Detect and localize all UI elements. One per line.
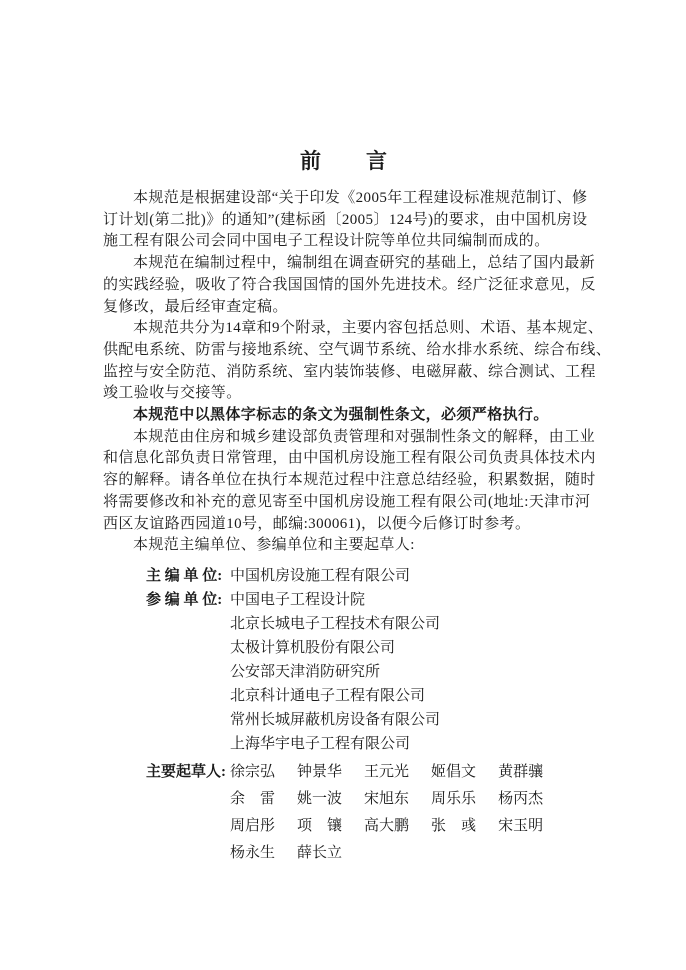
drafter-name: 姬倡文 xyxy=(431,759,476,786)
paragraph: 本规范在编制过程中，编制组在调查研究的基础上，总结了国内最新的实践经验，吸收了符… xyxy=(103,253,585,318)
drafters-label: 主要起草人: xyxy=(146,759,226,786)
preface-paragraphs: 本规范是根据建设部“关于印发《2005年工程建设标准规范制订、修订计划(第二批)… xyxy=(103,188,585,557)
drafter-name: 黄群骧 xyxy=(498,759,543,786)
document-page: 前 言 本规范是根据建设部“关于印发《2005年工程建设标准规范制订、修订计划(… xyxy=(0,0,686,970)
participant-unit-value: 常州长城屏蔽机房设备有限公司 xyxy=(103,708,585,732)
paragraph: 本规范共分为14章和9个附录，主要内容包括总则、术语、基本规定、供配电系统、防雷… xyxy=(103,318,585,405)
participant-unit-value: 公安部天津消防研究所 xyxy=(103,660,585,684)
drafter-name: 高大鹏 xyxy=(364,813,409,840)
paragraph-line: 竣工验收与交接等。 xyxy=(103,383,585,405)
drafter-name: 杨永生 xyxy=(230,840,275,867)
participant-units-block: 参 编 单 位:中国电子工程设计院北京长城电子工程技术有限公司太极计算机股份有限… xyxy=(103,588,585,756)
drafter-name: 姚一波 xyxy=(297,786,342,813)
paragraph-line: 西区友谊路西园道10号，邮编:300061)，以便今后修订时参考。 xyxy=(103,514,585,536)
paragraph-line: 本规范由住房和城乡建设部负责管理和对强制性条文的解释，由工业 xyxy=(103,427,585,449)
page-title: 前 言 xyxy=(103,145,585,175)
chief-editor-unit-label: 主 编 单 位: xyxy=(146,564,222,588)
drafter-name: 杨丙杰 xyxy=(498,786,543,813)
paragraph: 本规范由住房和城乡建设部负责管理和对强制性条文的解释，由工业和信息化部负责日常管… xyxy=(103,427,585,536)
paragraph-line: 本规范在编制过程中，编制组在调查研究的基础上，总结了国内最新 xyxy=(103,253,585,275)
drafter-name: 王元光 xyxy=(364,759,409,786)
drafter-name: 钟景华 xyxy=(297,759,342,786)
drafters-block: 主要起草人:徐宗弘钟景华王元光姬倡文黄群骧余 雷姚一波宋旭东周乐乐杨丙杰周启彤项… xyxy=(103,759,585,867)
paragraph-line: 供配电系统、防雷与接地系统、空气调节系统、给水排水系统、综合布线、 xyxy=(103,340,585,362)
participant-unit-value: 北京科计通电子工程有限公司 xyxy=(103,684,585,708)
paragraph: 本规范中以黑体字标志的条文为强制性条文，必须严格执行。 xyxy=(103,405,585,427)
drafter-name: 宋玉明 xyxy=(498,813,543,840)
drafter-name-row: 余 雷姚一波宋旭东周乐乐杨丙杰 xyxy=(103,786,585,813)
drafter-name: 张 彧 xyxy=(431,813,476,840)
drafter-name: 薛长立 xyxy=(297,840,342,867)
drafter-name: 周乐乐 xyxy=(431,786,476,813)
paragraph-line: 的实践经验，吸收了符合我国国情的国外先进技术。经广泛征求意见，反 xyxy=(103,275,585,297)
drafter-name: 徐宗弘 xyxy=(230,759,275,786)
drafter-name: 余 雷 xyxy=(230,786,275,813)
paragraph-line: 将需要修改和补充的意见寄至中国机房设施工程有限公司(地址:天津市河 xyxy=(103,492,585,514)
paragraph: 本规范主编单位、参编单位和主要起草人: xyxy=(103,535,585,557)
paragraph: 本规范是根据建设部“关于印发《2005年工程建设标准规范制订、修订计划(第二批)… xyxy=(103,188,585,253)
participant-unit-row: 参 编 单 位:中国电子工程设计院 xyxy=(103,588,585,612)
drafter-name: 周启彤 xyxy=(230,813,275,840)
drafter-name-row: 杨永生薛长立 xyxy=(103,840,585,867)
drafter-name: 项 镶 xyxy=(297,813,342,840)
paragraph-line: 本规范是根据建设部“关于印发《2005年工程建设标准规范制订、修 xyxy=(103,188,585,210)
participant-unit-value: 中国电子工程设计院 xyxy=(230,592,365,608)
participant-unit-value: 太极计算机股份有限公司 xyxy=(103,636,585,660)
paragraph-line: 和信息化部负责日常管理，由中国机房设施工程有限公司负责具体技术内 xyxy=(103,448,585,470)
participant-unit-label: 参 编 单 位: xyxy=(146,588,222,612)
paragraph-line: 容的解释。请各单位在执行本规范过程中注意总结经验，积累数据，随时 xyxy=(103,470,585,492)
chief-editor-unit-value: 中国机房设施工程有限公司 xyxy=(230,568,410,584)
paragraph-line: 监控与安全防范、消防系统、室内装饰装修、电磁屏蔽、综合测试、工程 xyxy=(103,362,585,384)
participant-unit-value: 上海华宇电子工程有限公司 xyxy=(103,732,585,756)
paragraph-line: 施工程有限公司会同中国电子工程设计院等单位共同编制而成的。 xyxy=(103,231,585,253)
paragraph-line: 本规范中以黑体字标志的条文为强制性条文，必须严格执行。 xyxy=(103,405,585,427)
paragraph-line: 复修改，最后经审查定稿。 xyxy=(103,297,585,319)
paragraph-line: 订计划(第二批)》的通知”(建标函〔2005〕124号)的要求，由中国机房设 xyxy=(103,210,585,232)
paragraph-line: 本规范共分为14章和9个附录，主要内容包括总则、术语、基本规定、 xyxy=(103,318,585,340)
drafter-name: 宋旭东 xyxy=(364,786,409,813)
participant-unit-value: 北京长城电子工程技术有限公司 xyxy=(103,612,585,636)
drafter-name-row: 主要起草人:徐宗弘钟景华王元光姬倡文黄群骧 xyxy=(103,759,585,786)
chief-editor-unit-row: 主 编 单 位: 中国机房设施工程有限公司 xyxy=(103,564,585,588)
paragraph-line: 本规范主编单位、参编单位和主要起草人: xyxy=(103,535,585,557)
drafter-name-row: 周启彤项 镶高大鹏张 彧宋玉明 xyxy=(103,813,585,840)
units-section: 主 编 单 位: 中国机房设施工程有限公司 参 编 单 位:中国电子工程设计院北… xyxy=(103,564,585,867)
